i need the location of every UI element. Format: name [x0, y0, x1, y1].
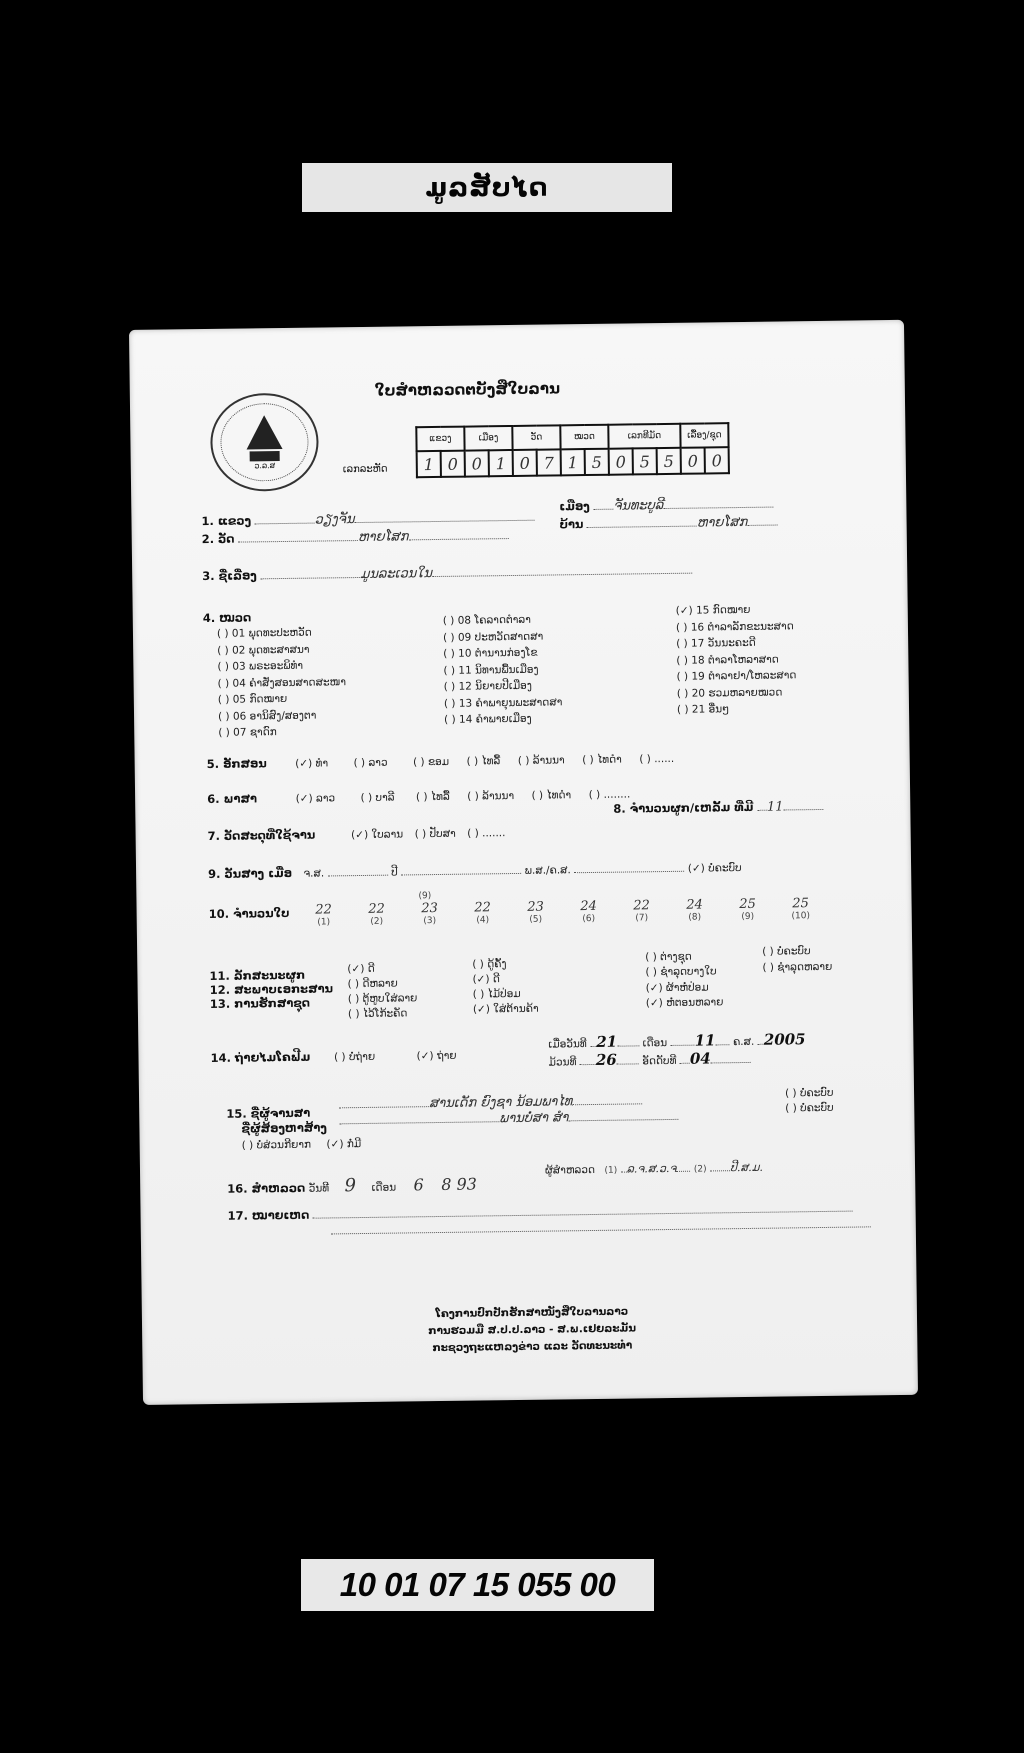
microfilm-roll-label: ມ້ວນທີ [549, 1056, 577, 1068]
field-province: 1. ແຂວງ ວຽງຈັນ [201, 510, 534, 529]
script-option[interactable]: ( ) ລ້ານນາ [518, 754, 565, 767]
microfilm-month-value: 11 [695, 1031, 716, 1049]
category-option[interactable]: ( ) 06 ອານິສົງ/ສອງຕາ [218, 707, 347, 725]
script-option[interactable]: ( ) ໄທດຳ [582, 754, 622, 767]
category-option[interactable]: ( ) 13 ຄຳພາຍຸນພະສາດສາ [444, 694, 563, 712]
section-script-label: 5. ອັກສອນ [207, 756, 292, 771]
surveyor-2-index: (2) [694, 1165, 707, 1175]
grid-header-district: ເມືອງ [464, 426, 512, 451]
grid-digit: 0 [681, 447, 705, 473]
condition-option[interactable]: ( ) ຊຳລຸດຫລາຍ [762, 961, 832, 974]
category-option[interactable]: ( ) 14 ຄຳພາຍເມືອງ [444, 710, 563, 728]
category-column-2: ( ) 08 ໂຄລາດຕຳລາ ( ) 09 ປະຫວັດສາດສາ ( ) … [443, 611, 563, 728]
category-option[interactable]: ( ) 16 ຕຳລາລັກຂະນະສາດ [676, 618, 796, 636]
field-temple: 2. ວັດ ຫາຍໂສກ [202, 528, 509, 547]
category-option[interactable]: ( ) 04 ຄຳສັ່ງສອນສາດສະໜາ [218, 674, 347, 692]
field-label: ບ້ານ [559, 517, 583, 531]
microfilm-day-value: 21 [596, 1033, 617, 1051]
field-district: ເມືອງ ຈັນທະບູລີ [559, 497, 773, 515]
category-option[interactable]: ( ) 07 ຊາດົກ [218, 723, 347, 741]
language-option[interactable]: ( ) ໄທລື້ [416, 791, 450, 803]
field-label: 3. ຊື່ເລື່ອງ [202, 568, 257, 583]
microfilm-option-checked[interactable]: (✓) ຖ່າຍ [417, 1050, 457, 1063]
grid-header-province: ແຂວງ [416, 427, 464, 452]
script-option-other[interactable]: ( ) ...... [639, 753, 674, 765]
grid-digit: 0 [441, 451, 465, 477]
surveyor-1-index: (1) [604, 1166, 617, 1176]
script-option[interactable]: ( ) ໄທລື້ [467, 755, 501, 767]
field-value-village: ຫາຍໂສກ [697, 515, 748, 531]
field-value-title: ມູນລະເວນໃນ [360, 566, 432, 582]
language-option[interactable]: ( ) ບາລີ [361, 792, 395, 804]
sponsor-value: ພານບໍ່ສາ ສໍາ [499, 1110, 568, 1126]
scribe-value: ສານເດັກ ຍົງຊາ ນ້ອມພາໄທ [429, 1094, 572, 1111]
category-option[interactable]: ( ) 02 ພຸດທະສາສນາ [217, 641, 346, 659]
material-option-checked[interactable]: (✓) ໃບລານ [351, 828, 403, 841]
seal-text: ວ.ລ.ສ [254, 461, 275, 470]
category-column-1: ( ) 01 ພຸດທະປະຫວັດ ( ) 02 ພຸດທະສາສນາ ( )… [217, 624, 347, 741]
leaf-entry: 24(8) [672, 897, 716, 923]
microfilm-frame-value: 04 [690, 1049, 711, 1067]
grid-digit: 1 [417, 451, 441, 477]
section-leaf-count-label: 10. ຈຳນວນໃບ [209, 906, 299, 921]
microfilm-frame-label: ອັດດັບທີ [642, 1055, 676, 1067]
script-option[interactable]: ( ) ຂອມ [413, 756, 449, 768]
language-option-checked[interactable]: (✓) ລາວ [296, 792, 336, 805]
section-survey: 16. ສຳຫລວດ ວັນທີ 9 ເດືອນ 6 8 93 [227, 1174, 477, 1198]
language-option-other[interactable]: ( ) ........ [589, 788, 631, 801]
grid-digit: 0 [465, 450, 489, 476]
microfilm-roll: ມ້ວນທີ 26 ອັດດັບທີ 04 [548, 1049, 750, 1070]
grid-digit: 0 [513, 450, 537, 476]
be-label: ພ.ສ./ຄ.ສ. [525, 864, 571, 877]
condition-option[interactable]: ( ) ດີຫລາຍ [348, 978, 398, 991]
section-language: 6. ພາສາ (✓) ລາວ ( ) ບາລີ ( ) ໄທລື້ ( ) ລ… [207, 786, 630, 806]
form-title: ໃບສຳຫລວດຕບັງສືໃບລານ [375, 379, 560, 399]
category-option[interactable]: ( ) 08 ໂຄລາດຕຳລາ [443, 611, 562, 629]
grid-digit: 1 [489, 450, 513, 476]
code-grid: ແຂວງ ເມືອງ ວັດ ໝວດ ເລກທີມັດ ເລື້ອງ/ຊຸດ 1… [415, 422, 730, 478]
category-option[interactable]: ( ) 10 ຕຳນານກ່ອງໂຂ [443, 644, 562, 662]
field-label: ເມືອງ [559, 499, 590, 513]
field-value-district: ຈັນທະບູລີ [613, 498, 663, 514]
microfilm-date: ເມື່ອວັນທີ 21 ເດືອນ 11 ຄ.ສ. 2005 [548, 1030, 805, 1051]
sponsor-field: ພານບໍ່ສາ ສໍາ [339, 1109, 678, 1128]
storage-option-checked[interactable]: (✓) ຫໍ່ຕອນຫລາຍ [646, 996, 724, 1009]
grid-digit: 5 [657, 448, 681, 474]
date-unknown-option-checked[interactable]: (✓) ບໍ່ຄະບົບ [688, 862, 742, 875]
grid-digit: 5 [633, 448, 657, 474]
category-option[interactable]: ( ) 12 ນິຍາຍປີເມືອງ [444, 677, 563, 695]
grid-header-category: ໝວດ [560, 425, 608, 450]
section-date-written: 9. ວັນສາງ ເມື່ອ ຈ.ສ. ປີ ພ.ສ./ຄ.ສ. (✓) ບໍ… [208, 860, 742, 881]
survey-year-value: 8 93 [441, 1175, 477, 1194]
bundle-option-checked[interactable]: (✓) ດີ [347, 963, 375, 975]
storage-option[interactable]: ( ) ຕູ້ຫູບໃສ່ລາຍ [348, 992, 418, 1005]
survey-form-page: ໃບສຳຫລວດຕບັງສືໃບລານ ວ.ລ.ສ ເລກລະຫັດ ແຂວງ … [129, 320, 918, 1405]
category-option[interactable]: ( ) 03 ພຣະອະພິທຳ [217, 657, 346, 675]
category-option[interactable]: ( ) 05 ກົດໝາຍ [218, 690, 347, 708]
material-option-other[interactable]: ( ) ....... [467, 827, 505, 839]
leaf-entry: 24(6) [566, 899, 610, 925]
grid-header-series: ເລື້ອງ/ຊຸດ [680, 423, 728, 448]
condition-option[interactable]: ( ) ຊຳລຸດບາງໃບ [645, 965, 716, 978]
category-option[interactable]: ( ) 17 ວັນນະຄະດີ [676, 634, 796, 652]
bundle-count-value: 11 [767, 799, 784, 814]
sponsor-unknown-option[interactable]: ( ) ບໍ່ຄະບົບ [785, 1102, 834, 1115]
grid-digit: 5 [585, 449, 609, 475]
field-label: 2. ວັດ [202, 532, 235, 546]
leaf-entry: 23(3) [408, 901, 452, 927]
scribe-unknown-option[interactable]: ( ) ບໍ່ຄະບົບ [785, 1087, 834, 1100]
category-option[interactable]: ( ) 19 ຕຳລາຢາ/ໂຫລະສາດ [676, 667, 796, 685]
section-script: 5. ອັກສອນ (✓) ທຳ ( ) ລາວ ( ) ຂອມ ( ) ໄທລ… [207, 751, 675, 771]
microfilm-year-label: ຄ.ສ. [733, 1036, 754, 1048]
surveyor-2-value: ປີ.ສ.ມ. [730, 1161, 763, 1174]
category-option[interactable]: ( ) 11 ນິທານພື້ນເມືອງ [443, 661, 562, 679]
grid-header-bundle-number: ເລກທີມັດ [608, 424, 680, 449]
category-option[interactable]: ( ) 18 ຕຳລາໂຫລາສາດ [676, 651, 796, 669]
language-option[interactable]: ( ) ໄທດຳ [532, 789, 572, 802]
section-bundle-condition-label: 11. ລັກສະນະຜູກ [209, 968, 305, 983]
section-material: 7. ວັດສະດຸທີ່ໃຊ້ຈານ (✓) ໃບລານ ( ) ປັບສາ … [208, 825, 506, 843]
category-column-3: (✓) 15 ກົດໝາຍ ( ) 16 ຕຳລາລັກຂະນະສາດ ( ) … [676, 601, 797, 718]
section-remarks-label: 17. ໝາຍເຫດ [228, 1208, 310, 1223]
category-option[interactable]: ( ) 09 ປະຫວັດສາດສາ [443, 628, 562, 646]
field-value-province: ວຽງຈັນ [315, 512, 355, 528]
grid-digit: 0 [609, 448, 633, 474]
section-date-written-label: 9. ວັນສາງ ເມື່ອ [208, 866, 292, 881]
field-title: 3. ຊື່ເລື່ອງ ມູນລະເວນໃນ [202, 563, 692, 584]
survey-month-value: 6 [413, 1175, 423, 1194]
year-label: ປີ [391, 867, 398, 879]
survey-day-label: ວັນທີ [309, 1182, 330, 1194]
surveyor-1-value: ລ.ຈ.ສ.ວ.ຈ [627, 1162, 677, 1176]
leaf-entry: 25(9) [725, 897, 769, 923]
document-title-label: ມູລສັບໄດ [302, 163, 672, 212]
survey-month-label: ເດືອນ [371, 1182, 396, 1194]
grid-header-temple: ວັດ [512, 425, 560, 450]
category-option[interactable]: ( ) 01 ພຸດທະປະຫວັດ [217, 624, 346, 642]
section-category-label: 4. ໝວດ [203, 610, 252, 625]
section-scribe-label: 15. ຊື່ຜູ້ຈານສາ [226, 1106, 310, 1121]
field-village: ບ້ານ ຫາຍໂສກ [559, 515, 777, 533]
category-option[interactable]: ( ) 21 ອື່ນໆ [677, 700, 797, 718]
section-language-label: 6. ພາສາ [207, 791, 292, 806]
form-footer: ໂຄງການປົກປັກຮັກສາໜັງສືໃບລານລາວ ການຮວມມື … [382, 1303, 683, 1358]
leaf-count-note: (9) [418, 891, 431, 901]
microfilm-day-label: ເມື່ອວັນທີ [548, 1038, 587, 1051]
section-microfilm-label: 14. ຖ່າຍໄມໂຄຟີມ [210, 1049, 330, 1065]
condition-option-checked[interactable]: (✓) ດີ [472, 973, 500, 985]
section-bundle-count: 8. ຈຳນວນຜູກ/ເຫລັ້ມ ທີ່ມີ 11 [613, 799, 823, 817]
cs-label: ຈ.ສ. [303, 867, 324, 879]
grid-digit: 0 [705, 447, 729, 473]
temple-emblem-icon: ວ.ລ.ສ [220, 403, 309, 482]
field-value-temple: ຫາຍໂສກ [358, 529, 409, 545]
bundle-option[interactable]: ( ) ດູ້ຄັ້ງ [472, 958, 506, 970]
surveyor-field: ຜູ້ສຳຫລວດ (1) ລ.ຈ.ສ.ວ.ຈ (2) ປີ.ສ.ມ. [545, 1160, 763, 1177]
section-material-label: 7. ວັດສະດຸທີ່ໃຊ້ຈານ [208, 827, 348, 843]
microfilm-option[interactable]: ( ) ບໍ່ຖ່າຍ [334, 1051, 375, 1064]
grid-digit: 7 [537, 449, 561, 475]
section-document-condition-label: 12. ສະພາບເອກະສານ [210, 981, 333, 997]
microfilm-year-value: 2005 [764, 1030, 806, 1049]
category-option[interactable]: ( ) 20 ຮວມຫລາຍໝວດ [677, 684, 797, 702]
script-option-checked[interactable]: (✓) ທຳ [295, 757, 328, 769]
section-microfilm: 14. ຖ່າຍໄມໂຄຟີມ ( ) ບໍ່ຖ່າຍ (✓) ຖ່າຍ [210, 1048, 456, 1065]
bundle-option[interactable]: ( ) ຕ່າງຊຸດ [645, 951, 692, 964]
section15-option[interactable]: ( ) ບໍ່ສ່ວນກີຍາກ [242, 1139, 311, 1152]
section-sponsor-label: ຊື່ຜູ້ສ້ອງຫາສ້າງ [241, 1120, 327, 1135]
microfilm-month-label: ເດືອນ [643, 1037, 668, 1049]
code-label: ເລກລະຫັດ [343, 464, 388, 476]
surveyor-label: ຜູ້ສຳຫລວດ [545, 1164, 595, 1177]
section15-option-checked[interactable]: (✓) ກໍ່ມີ [326, 1138, 361, 1150]
leaf-entry: 25(10) [778, 896, 822, 922]
grid-digit: 1 [561, 449, 585, 475]
document-code-label: 10 01 07 15 055 00 [301, 1559, 654, 1611]
storage-option-checked[interactable]: (✓) ໃສ່ຕ້ານຄ້າ [473, 1003, 539, 1016]
leaf-count-entries: 22(1) 22(2) 23(3) 22(4) 23(5) 24(6) 22(7… [302, 896, 823, 928]
section-survey-label: 16. ສຳຫລວດ [227, 1181, 305, 1196]
section-bundle-count-label: 8. ຈຳນວນຜູກ/ເຫລັ້ມ ທີ່ມີ [613, 800, 753, 816]
field-label: 1. ແຂວງ [201, 513, 251, 528]
category-option-checked[interactable]: (✓) 15 ກົດໝາຍ [676, 601, 796, 619]
section-leaf-count: 10. ຈຳນວນໃບ [209, 906, 299, 921]
material-option[interactable]: ( ) ປັບສາ [415, 828, 456, 841]
leaf-entry: 22(4) [460, 900, 504, 926]
footer-line: ກະຊວງຖະແຫລງຂ່າວ ແລະ ວັດທະນະທຳ [382, 1337, 682, 1358]
script-option[interactable]: ( ) ລາວ [353, 757, 387, 769]
section-storage-label: 13. ການຮັກສາຊຸດ [210, 996, 310, 1011]
storage-option-checked[interactable]: (✓) ຜ້າຫໍ່ປ່ອມ [646, 981, 709, 994]
leaf-entry: 23(5) [513, 899, 557, 925]
language-option[interactable]: ( ) ລ້ານນາ [467, 790, 514, 803]
storage-option[interactable]: ( ) ໄມ້ປ່ອມ [473, 988, 521, 1001]
section15-options: ( ) ບໍ່ສ່ວນກີຍາກ (✓) ກໍ່ມີ [242, 1137, 362, 1152]
leaf-entry: 22(2) [355, 902, 399, 928]
leaf-entry: 22(1) [302, 902, 346, 928]
leaf-entry: 22(7) [619, 898, 663, 924]
microfilm-roll-value: 26 [596, 1051, 617, 1069]
storage-option[interactable]: ( ) ໄວ້ໂກ້ະຄັດ [348, 1007, 408, 1020]
survey-day-value: 9 [344, 1175, 356, 1196]
institution-seal: ວ.ລ.ສ [210, 393, 319, 492]
bundle-option[interactable]: ( ) ບໍ່ຄະບົບ [762, 945, 811, 958]
